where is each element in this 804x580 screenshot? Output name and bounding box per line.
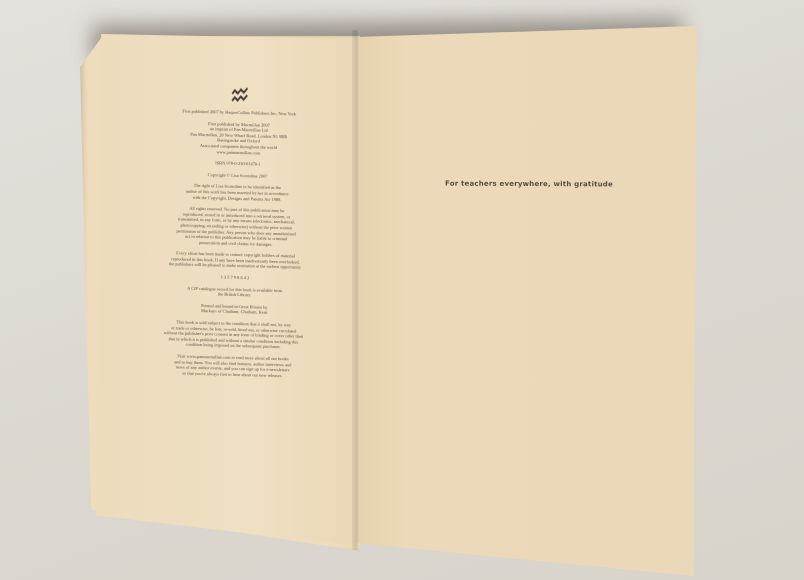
open-book: First published 2007 by HarperCollins Pu…	[0, 0, 804, 580]
copyright-paragraph: 1 3 5 7 9 8 6 4 2	[140, 273, 330, 284]
copyright-paragraph: All rights reserved. No part of this pub…	[141, 205, 332, 249]
copyright-line: ISBN 978-0-230-01470-1	[143, 159, 333, 170]
copyright-line: First published 2007 by HarperCollins Pu…	[144, 108, 334, 119]
copyright-paragraph: The right of Lisa Scottoline to be ident…	[142, 182, 332, 204]
copyright-paragraphs: First published 2007 by HarperCollins Pu…	[137, 108, 334, 380]
copyright-paragraph: Printed and bound in Great Britain byMac…	[139, 301, 329, 317]
copyright-paragraph: A CIP catalogue record for this book is …	[139, 284, 329, 300]
copyright-paragraph: ISBN 978-0-230-01470-1	[143, 159, 333, 170]
dedication-text: For teachers everywhere, with gratitude	[445, 180, 613, 189]
copyright-line: Copyright © Lisa Scottoline 2007	[143, 170, 333, 181]
copyright-page-text: First published 2007 by HarperCollins Pu…	[137, 84, 335, 386]
book-gutter	[352, 30, 360, 550]
copyright-paragraph: This book is sold subject to the conditi…	[138, 318, 329, 351]
copyright-paragraph: First published by Macmillan 2007an impr…	[143, 119, 334, 158]
copyright-paragraph: Copyright © Lisa Scottoline 2007	[143, 170, 333, 181]
copyright-paragraph: First published 2007 by HarperCollins Pu…	[144, 108, 334, 119]
copyright-paragraph: Every effort has been made to contact co…	[140, 250, 330, 272]
macmillan-logo-icon	[231, 86, 249, 102]
right-page	[355, 26, 697, 576]
copyright-line: 1 3 5 7 9 8 6 4 2	[140, 273, 330, 284]
copyright-paragraph: Visit www.panmacmillan.com to read more …	[137, 352, 328, 379]
